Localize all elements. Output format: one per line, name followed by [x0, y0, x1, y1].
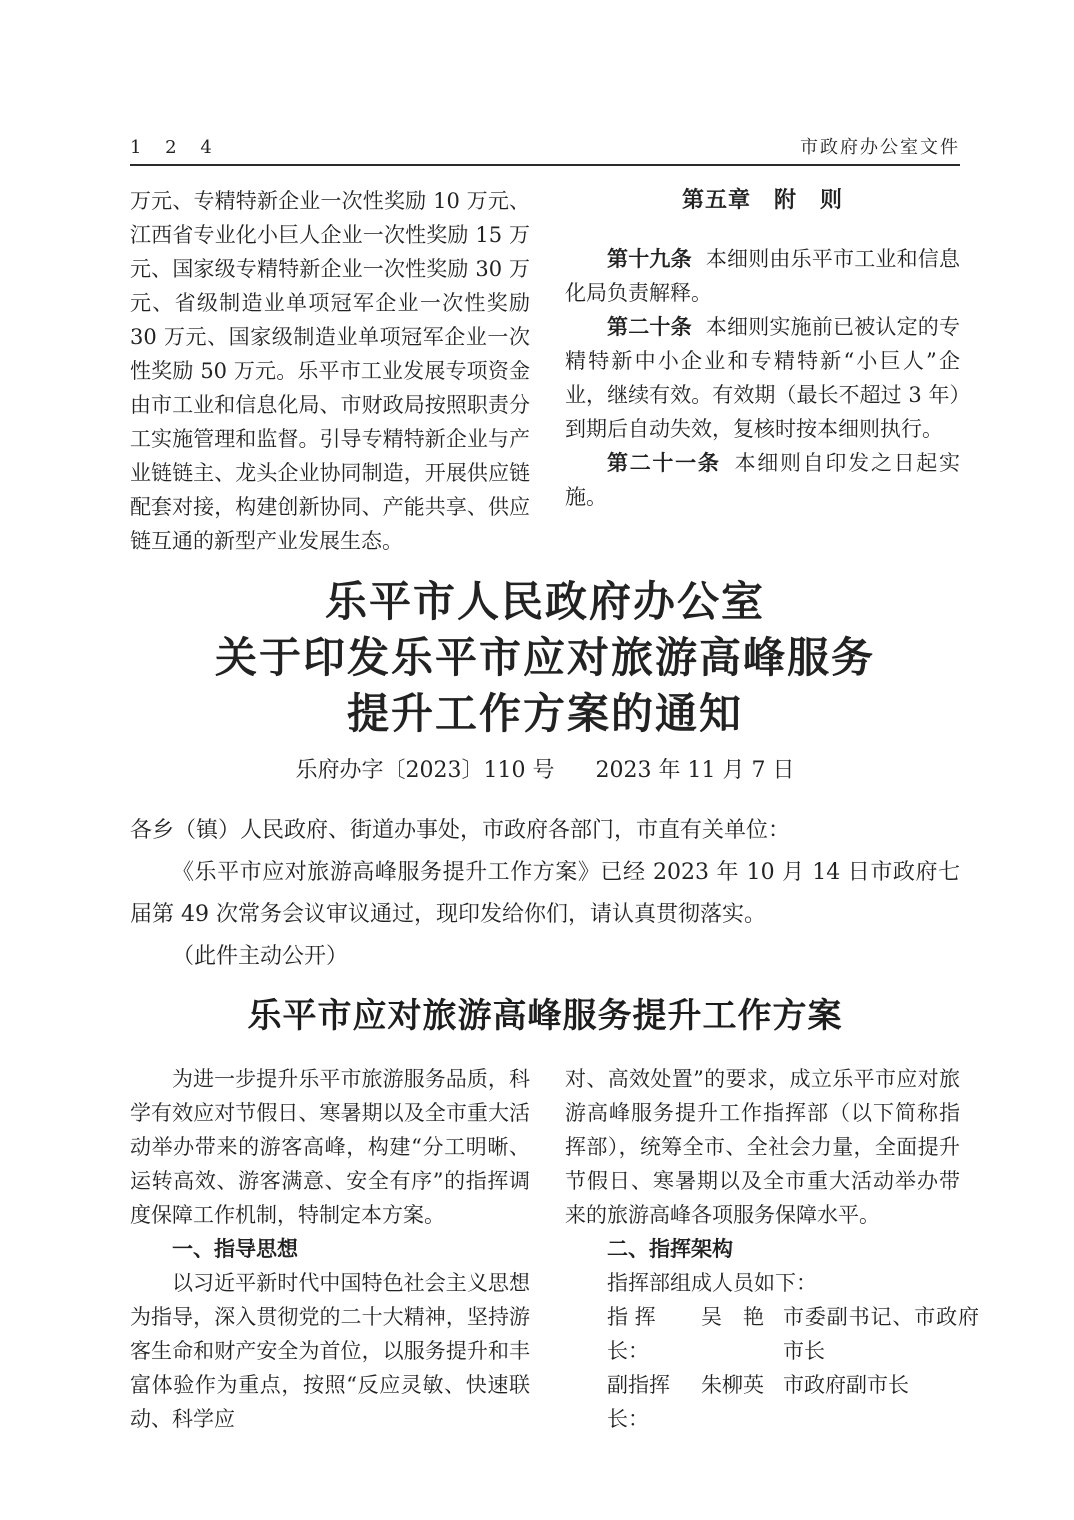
role-deputy-commander-title: 市政府副市长: [783, 1368, 979, 1436]
article-21: 第二十一条本细则自印发之日起实施。: [565, 446, 960, 514]
plan-left-column: 为进一步提升乐平市旅游服务品质，科学有效应对节假日、寒暑期以及全市重大活动举办带…: [130, 1062, 530, 1436]
role-commander-title: 市委副书记、市政府市长: [783, 1300, 979, 1368]
page-number: 1 2 4: [130, 136, 221, 160]
role-commander-name: 吴 艳: [701, 1300, 783, 1368]
role-commander: 指 挥 长： 吴 艳 市委副书记、市政府市长: [607, 1300, 960, 1368]
role-deputy-commander: 副指挥长： 朱柳英 市政府副市长: [607, 1368, 960, 1436]
continuation-paragraph: 万元、专精特新企业一次性奖励 10 万元、江西省专业化小巨人企业一次性奖励 15…: [130, 184, 530, 558]
disclosure-note: （此件主动公开）: [130, 936, 960, 978]
page-header: 1 2 4 市政府办公室文件: [130, 136, 960, 166]
document-page: 1 2 4 市政府办公室文件 万元、专精特新企业一次性奖励 10 万元、江西省专…: [0, 0, 1074, 1520]
section2-heading: 二、指挥架构: [565, 1232, 960, 1266]
article-20: 第二十条本细则实施前已被认定的专精特新中小企业和专精特新“小巨人”企业，继续有效…: [565, 310, 960, 446]
section1-paragraph-left: 以习近平新时代中国特色社会主义思想为指导，深入贯彻党的二十大精神，坚持游客生命和…: [130, 1266, 530, 1436]
article-19: 第十九条本细则由乐平市工业和信息化局负责解释。: [565, 242, 960, 310]
plan-title: 乐平市应对旅游高峰服务提升工作方案: [130, 992, 960, 1040]
section2-intro: 指挥部组成人员如下：: [565, 1266, 960, 1300]
article-20-number: 第二十条: [607, 314, 692, 339]
doc-number: 乐府办字〔2023〕110 号: [296, 758, 555, 783]
top-left-column: 万元、专精特新企业一次性奖励 10 万元、江西省专业化小巨人企业一次性奖励 15…: [130, 184, 530, 558]
role-deputy-commander-label: 副指挥长：: [607, 1368, 701, 1436]
notice-title-line-3: 提升工作方案的通知: [130, 686, 960, 742]
salutation: 各乡（镇）人民政府、街道办事处，市政府各部门，市直有关单位：: [130, 810, 960, 852]
section1-heading: 一、指导思想: [130, 1232, 530, 1266]
plan-right-column: 对、高效处置”的要求，成立乐平市应对旅游高峰服务提升工作指挥部（以下简称指挥部）…: [565, 1062, 960, 1436]
article-19-number: 第十九条: [607, 246, 692, 271]
plan-intro-paragraph: 为进一步提升乐平市旅游服务品质，科学有效应对节假日、寒暑期以及全市重大活动举办带…: [130, 1062, 530, 1232]
notice-title: 乐平市人民政府办公室 关于印发乐平市应对旅游高峰服务 提升工作方案的通知: [130, 574, 960, 742]
plan-section: 为进一步提升乐平市旅游服务品质，科学有效应对节假日、寒暑期以及全市重大活动举办带…: [130, 1062, 960, 1436]
role-commander-label: 指 挥 长：: [607, 1300, 701, 1368]
notice-title-line-2: 关于印发乐平市应对旅游高峰服务: [130, 630, 960, 686]
role-deputy-commander-name: 朱柳英: [701, 1368, 783, 1436]
top-right-column: 第五章 附 则 第十九条本细则由乐平市工业和信息化局负责解释。 第二十条本细则实…: [565, 184, 960, 558]
notice-body: 《乐平市应对旅游高峰服务提升工作方案》已经 2023 年 10 月 14 日市政…: [130, 852, 960, 936]
section1-paragraph-right: 对、高效处置”的要求，成立乐平市应对旅游高峰服务提升工作指挥部（以下简称指挥部）…: [565, 1062, 960, 1232]
notice-title-line-1: 乐平市人民政府办公室: [130, 574, 960, 630]
doc-number-line: 乐府办字〔2023〕110 号 2023 年 11 月 7 日: [130, 756, 960, 786]
article-21-number: 第二十一条: [607, 450, 721, 475]
chapter-heading: 第五章 附 则: [565, 184, 960, 218]
header-doc-type: 市政府办公室文件: [800, 136, 960, 160]
doc-date: 2023 年 11 月 7 日: [596, 758, 795, 783]
top-section: 万元、专精特新企业一次性奖励 10 万元、江西省专业化小巨人企业一次性奖励 15…: [130, 184, 960, 558]
